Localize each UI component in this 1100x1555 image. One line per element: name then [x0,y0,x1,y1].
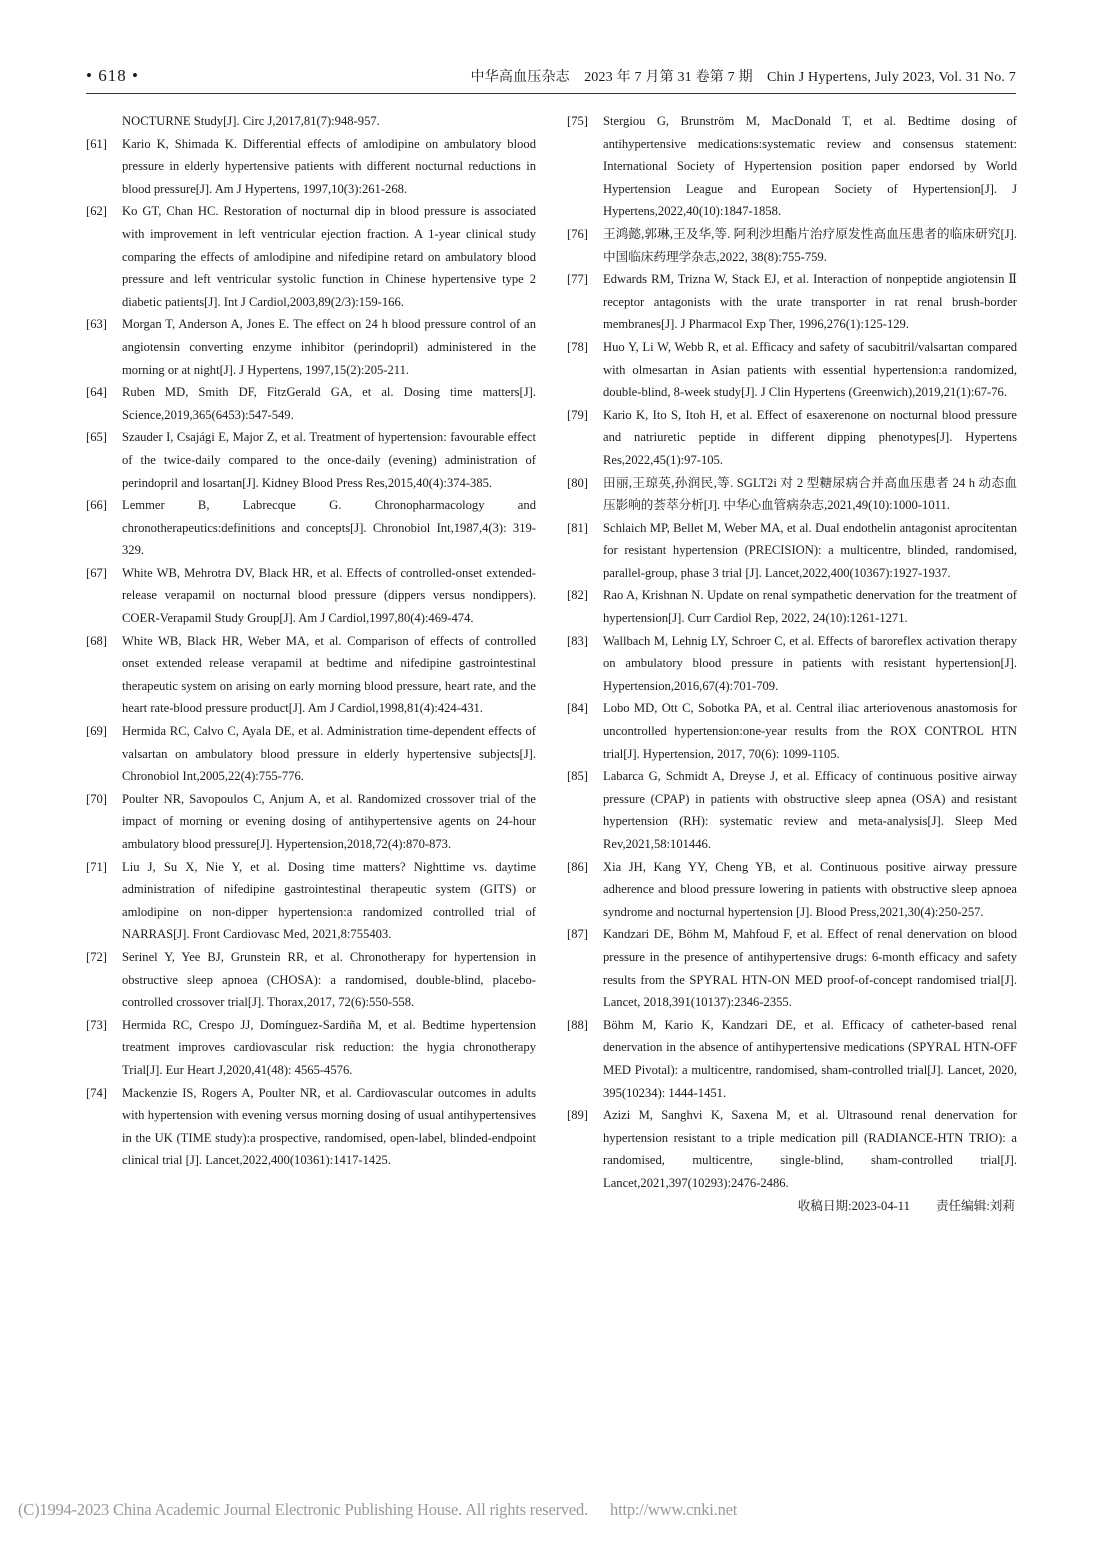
reference-text: Rao A, Krishnan N. Update on renal sympa… [603,584,1017,629]
reference-number: [86] [567,856,603,924]
reference-number: [75] [567,110,603,223]
reference-item: [85]Labarca G, Schmidt A, Dreyse J, et a… [567,765,1017,855]
reference-number: [80] [567,472,603,517]
reference-text: Azizi M, Sanghvi K, Saxena M, et al. Ult… [603,1104,1017,1194]
reference-number: [69] [86,720,122,788]
reference-number: [89] [567,1104,603,1194]
reference-item: [61]Kario K, Shimada K. Differential eff… [86,133,536,201]
reference-item: [67]White WB, Mehrotra DV, Black HR, et … [86,562,536,630]
reference-text: Kario K, Shimada K. Differential effects… [122,133,536,201]
reference-text: Serinel Y, Yee BJ, Grunstein RR, et al. … [122,946,536,1014]
reference-text: 田丽,王琼英,孙润民,等. SGLT2i 对 2 型糖尿病合并高血压患者 24 … [603,472,1017,517]
reference-item: [70]Poulter NR, Savopoulos C, Anjum A, e… [86,788,536,856]
reference-number: [66] [86,494,122,562]
reference-item: [82]Rao A, Krishnan N. Update on renal s… [567,584,1017,629]
reference-text: Ko GT, Chan HC. Restoration of nocturnal… [122,200,536,313]
reference-list-right: [75]Stergiou G, Brunström M, MacDonald T… [567,110,1017,1195]
reference-text: Schlaich MP, Bellet M, Weber MA, et al. … [603,517,1017,585]
reference-text: Hermida RC, Calvo C, Ayala DE, et al. Ad… [122,720,536,788]
reference-item: [72]Serinel Y, Yee BJ, Grunstein RR, et … [86,946,536,1014]
reference-item: [73]Hermida RC, Crespo JJ, Domínguez-Sar… [86,1014,536,1082]
reference-number: [84] [567,697,603,765]
reference-number: [88] [567,1014,603,1104]
reference-text: Stergiou G, Brunström M, MacDonald T, et… [603,110,1017,223]
reference-number: [73] [86,1014,122,1082]
reference-number: [71] [86,856,122,946]
reference-number: [61] [86,133,122,201]
reference-number: [72] [86,946,122,1014]
reference-text: Kario K, Ito S, Itoh H, et al. Effect of… [603,404,1017,472]
cnki-link[interactable]: http://www.cnki.net [610,1500,737,1519]
references-left-column: NOCTURNE Study[J]. Circ J,2017,81(7):948… [86,110,536,1172]
reference-number: [74] [86,1082,122,1172]
reference-number: [63] [86,313,122,381]
reference-number: [65] [86,426,122,494]
reference-text: Kandzari DE, Böhm M, Mahfoud F, et al. E… [603,923,1017,1013]
reference-text: Hermida RC, Crespo JJ, Domínguez-Sardiña… [122,1014,536,1082]
reference-number: [79] [567,404,603,472]
reference-item: [68]White WB, Black HR, Weber MA, et al.… [86,630,536,720]
reference-item: [83]Wallbach M, Lehnig LY, Schroer C, et… [567,630,1017,698]
reference-item: [84]Lobo MD, Ott C, Sobotka PA, et al. C… [567,697,1017,765]
reference-text: Mackenzie IS, Rogers A, Poulter NR, et a… [122,1082,536,1172]
reference-item: [80]田丽,王琼英,孙润民,等. SGLT2i 对 2 型糖尿病合并高血压患者… [567,472,1017,517]
reference-item: [71]Liu J, Su X, Nie Y, et al. Dosing ti… [86,856,536,946]
reference-item: [65]Szauder I, Csajági E, Major Z, et al… [86,426,536,494]
reference-item: [69]Hermida RC, Calvo C, Ayala DE, et al… [86,720,536,788]
reference-text: White WB, Black HR, Weber MA, et al. Com… [122,630,536,720]
reference-number: [62] [86,200,122,313]
reference-text: Lemmer B, Labrecque G. Chronopharmacolog… [122,494,536,562]
reference-text: Poulter NR, Savopoulos C, Anjum A, et al… [122,788,536,856]
reference-item: [79]Kario K, Ito S, Itoh H, et al. Effec… [567,404,1017,472]
reference-item: [63]Morgan T, Anderson A, Jones E. The e… [86,313,536,381]
reference-text: Ruben MD, Smith DF, FitzGerald GA, et al… [122,381,536,426]
reference-text: Wallbach M, Lehnig LY, Schroer C, et al.… [603,630,1017,698]
reference-item: [76]王鸿懿,郭琳,王及华,等. 阿利沙坦酯片治疗原发性高血压患者的临床研究[… [567,223,1017,268]
reference-number: [82] [567,584,603,629]
copyright-text: (C)1994-2023 China Academic Journal Elec… [18,1500,588,1519]
reference-number: [68] [86,630,122,720]
reference-text: Liu J, Su X, Nie Y, et al. Dosing time m… [122,856,536,946]
reference-item: [87]Kandzari DE, Böhm M, Mahfoud F, et a… [567,923,1017,1013]
reference-item: [77]Edwards RM, Trizna W, Stack EJ, et a… [567,268,1017,336]
reference-text: Xia JH, Kang YY, Cheng YB, et al. Contin… [603,856,1017,924]
reference-number: [77] [567,268,603,336]
reference-text: Böhm M, Kario K, Kandzari DE, et al. Eff… [603,1014,1017,1104]
reference-number: [85] [567,765,603,855]
reference-number: [81] [567,517,603,585]
page-number: • 618 • [86,66,139,86]
reference-item: [81]Schlaich MP, Bellet M, Weber MA, et … [567,517,1017,585]
running-header: • 618 • 中华高血压杂志 2023 年 7 月第 31 卷第 7 期 Ch… [86,62,1016,90]
copyright-footer: (C)1994-2023 China Academic Journal Elec… [18,1500,1098,1520]
reference-text: Morgan T, Anderson A, Jones E. The effec… [122,313,536,381]
reference-item: [89]Azizi M, Sanghvi K, Saxena M, et al.… [567,1104,1017,1194]
reference-number: [87] [567,923,603,1013]
article-meta: 收稿日期:2023-04-11 责任编辑:刘莉 [567,1195,1017,1217]
reference-text: White WB, Mehrotra DV, Black HR, et al. … [122,562,536,630]
reference-text: Lobo MD, Ott C, Sobotka PA, et al. Centr… [603,697,1017,765]
reference-item: [74]Mackenzie IS, Rogers A, Poulter NR, … [86,1082,536,1172]
reference-item: [64]Ruben MD, Smith DF, FitzGerald GA, e… [86,381,536,426]
reference-item: [88]Böhm M, Kario K, Kandzari DE, et al.… [567,1014,1017,1104]
reference-item: [62]Ko GT, Chan HC. Restoration of noctu… [86,200,536,313]
journal-info: 中华高血压杂志 2023 年 7 月第 31 卷第 7 期 Chin J Hyp… [470,66,1016,86]
reference-item: [78]Huo Y, Li W, Webb R, et al. Efficacy… [567,336,1017,404]
reference-continuation: NOCTURNE Study[J]. Circ J,2017,81(7):948… [86,110,536,133]
reference-text: Huo Y, Li W, Webb R, et al. Efficacy and… [603,336,1017,404]
responsible-editor: 责任编辑:刘莉 [936,1195,1015,1217]
reference-item: [86]Xia JH, Kang YY, Cheng YB, et al. Co… [567,856,1017,924]
reference-list-left: [61]Kario K, Shimada K. Differential eff… [86,133,536,1172]
reference-number: [76] [567,223,603,268]
reference-text: 王鸿懿,郭琳,王及华,等. 阿利沙坦酯片治疗原发性高血压患者的临床研究[J]. … [603,223,1017,268]
reference-item: [66]Lemmer B, Labrecque G. Chronopharmac… [86,494,536,562]
reference-number: [78] [567,336,603,404]
reference-text: Edwards RM, Trizna W, Stack EJ, et al. I… [603,268,1017,336]
reference-number: [70] [86,788,122,856]
reference-number: [83] [567,630,603,698]
header-divider [86,93,1016,94]
reference-number: [67] [86,562,122,630]
reference-number: [64] [86,381,122,426]
references-right-column: [75]Stergiou G, Brunström M, MacDonald T… [567,110,1017,1217]
reference-text: Szauder I, Csajági E, Major Z, et al. Tr… [122,426,536,494]
reference-item: [75]Stergiou G, Brunström M, MacDonald T… [567,110,1017,223]
received-date: 收稿日期:2023-04-11 [798,1195,910,1217]
reference-text: Labarca G, Schmidt A, Dreyse J, et al. E… [603,765,1017,855]
